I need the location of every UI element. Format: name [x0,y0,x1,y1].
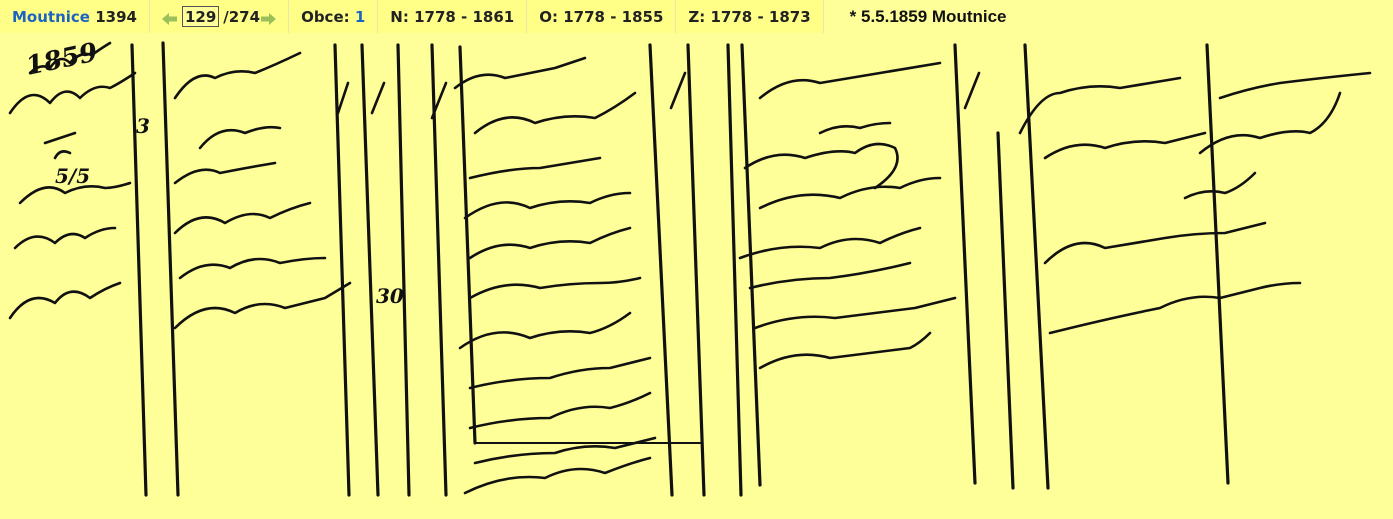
record-toolbar: Moutnice 1394 129 /274 Obce: 1 N: 1778 -… [0,0,1007,33]
book-id: 1394 [95,8,137,26]
handwriting-scan: 1859 3 5/5 30 [0,33,1393,519]
birth-range-text: N: 1778 - 1861 [390,8,514,26]
place-name-link[interactable]: Moutnice [12,8,90,26]
death-range: Z: 1778 - 1873 [676,0,823,33]
obce-count: Obce: 1 [289,0,378,33]
svg-text:30: 30 [376,284,404,308]
obce-value-link[interactable]: 1 [355,8,365,26]
obce-label: Obce: [301,8,350,26]
svg-text:5/5: 5/5 [55,164,90,188]
arrow-left-icon[interactable] [162,11,178,23]
book-info: Moutnice 1394 [0,0,150,33]
marriage-range-text: O: 1778 - 1855 [539,8,663,26]
total-pages: /274 [223,8,260,26]
marriage-range: O: 1778 - 1855 [527,0,676,33]
page-navigator: 129 /274 [150,0,289,33]
arrow-right-icon[interactable] [260,11,276,23]
death-range-text: Z: 1778 - 1873 [688,8,810,26]
svg-text:3: 3 [136,114,150,138]
page-number-input[interactable]: 129 [182,6,219,27]
birth-range: N: 1778 - 1861 [378,0,527,33]
register-scan-image: 1859 3 5/5 30 [0,33,1393,519]
svg-text:1859: 1859 [23,37,100,81]
record-title: * 5.5.1859 Moutnice [824,7,1007,27]
